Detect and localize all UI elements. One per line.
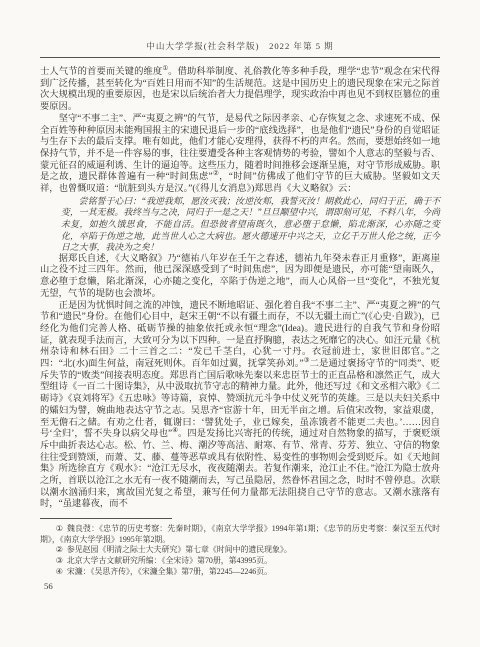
page-number: 56 — [44, 581, 53, 591]
footnote-item: ①魏良弢：《忠节的历史考察：先秦时期》，《南京大学学报》1994年第1期；《忠节… — [40, 524, 440, 545]
body-paragraph-4: 正是因为忧惧时间之流的冲蚀，遗民不断地昭证、强化着自我“不事二主”、严“夷夏之辨… — [40, 301, 440, 512]
journal-page: 中山大学学报(社会科学版) 2022 年第 5 期 士人气节的首要而关键的维度①… — [0, 0, 480, 647]
block-quote: 尝铭誓于心曰：“我逆我郏，愿汝灭我；汝逆汝郏，我誓灭汝！期救此心，同归于正，确于… — [61, 196, 440, 254]
footnote-text: 参见赵园《明清之际士大夫研究》第七章《时间中的遗民现象》。 — [67, 545, 292, 554]
footnote-item: ②参见赵园《明清之际士大夫研究》第七章《时间中的遗民现象》。 — [40, 545, 440, 556]
journal-header: 中山大学学报(社会科学版) 2022 年第 5 期 — [40, 40, 440, 52]
footnote-marker: ② — [56, 545, 63, 554]
footnote-text: 宋濂：《吴思齐传》，《宋濂全集》第7册，第2245—2246页。 — [67, 567, 272, 576]
article-body: 士人气节的首要而关键的维度①。借助科举制度、礼俗教化等多种手段，理学“忠节”观念… — [40, 67, 440, 511]
body-paragraph-1: 士人气节的首要而关键的维度①。借助科举制度、礼俗教化等多种手段，理学“忠节”观念… — [40, 67, 440, 114]
footnote-marker: ③ — [56, 556, 63, 565]
footnote-marker: ① — [56, 524, 63, 533]
footnote-item: ④宋濂：《吴思齐传》，《宋濂全集》第7册，第2245—2246页。 — [40, 567, 440, 578]
footnote-ref: ④ — [172, 427, 178, 434]
footnote-ref: ② — [213, 170, 219, 177]
footnote-item: ③北京大学古文献研究所编：《全宋诗》第70册，第43995页。 — [40, 556, 440, 567]
body-paragraph-2: 坚守“不事二主”、严“夷夏之辨”的气节，是易代之际因孝亲、心存恢复之念、求速死不… — [40, 114, 440, 196]
header-rule — [40, 57, 440, 58]
footnote-ref: ③ — [304, 357, 310, 364]
footnote-divider — [40, 518, 172, 519]
body-paragraph-3: 据郑氏自述，《大义略叙》乃“德祐八年岁在壬午之春述，德祐九年癸未春正月重修”，距… — [40, 254, 440, 301]
footnotes: ①魏良弢：《忠节的历史考察：先秦时期》，《南京大学学报》1994年第1期；《忠节… — [40, 524, 440, 577]
footnote-marker: ④ — [56, 567, 63, 576]
footnote-ref: ① — [162, 65, 168, 72]
footnote-text: 北京大学古文献研究所编：《全宋诗》第70册，第43995页。 — [67, 556, 272, 565]
footnote-text: 魏良弢：《忠节的历史考察：先秦时期》，《南京大学学报》1994年第1期；《忠节的… — [40, 524, 440, 544]
